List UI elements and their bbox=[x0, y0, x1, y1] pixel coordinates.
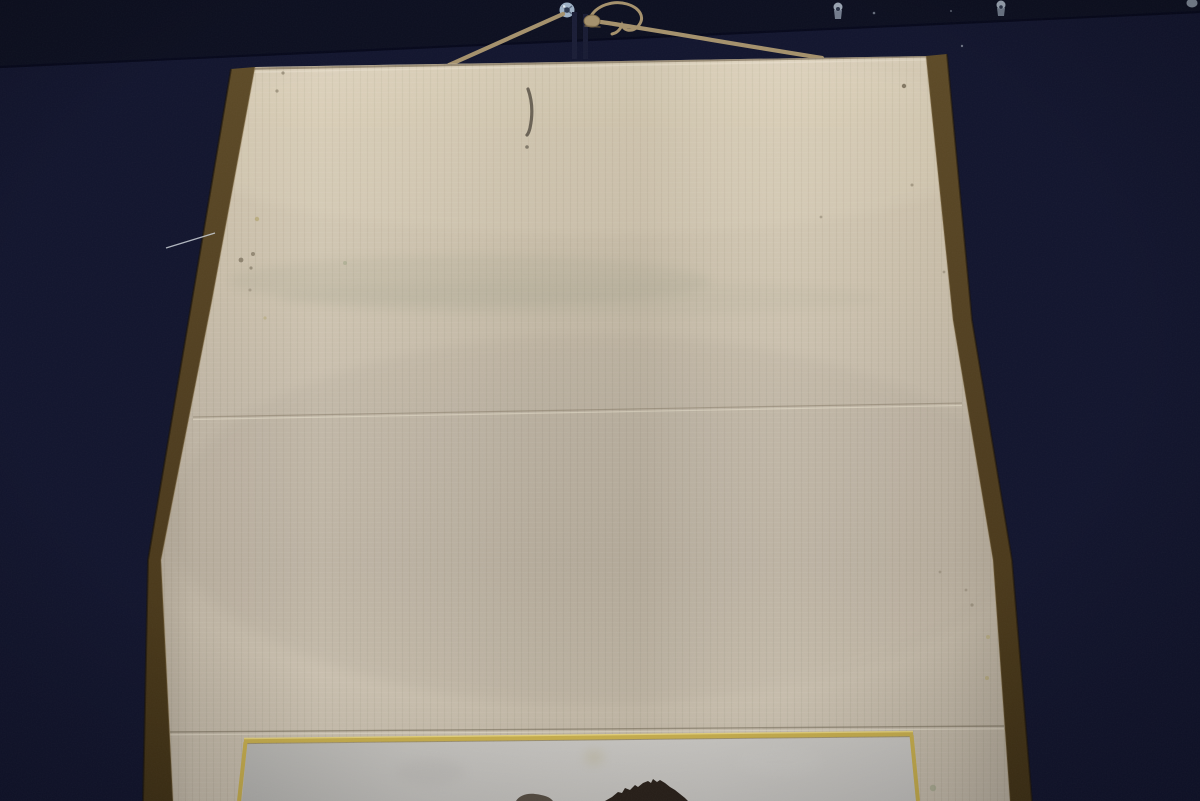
film-grain-overlay bbox=[0, 0, 1200, 801]
photo-stage bbox=[0, 0, 1200, 801]
scene-svg bbox=[0, 0, 1200, 801]
